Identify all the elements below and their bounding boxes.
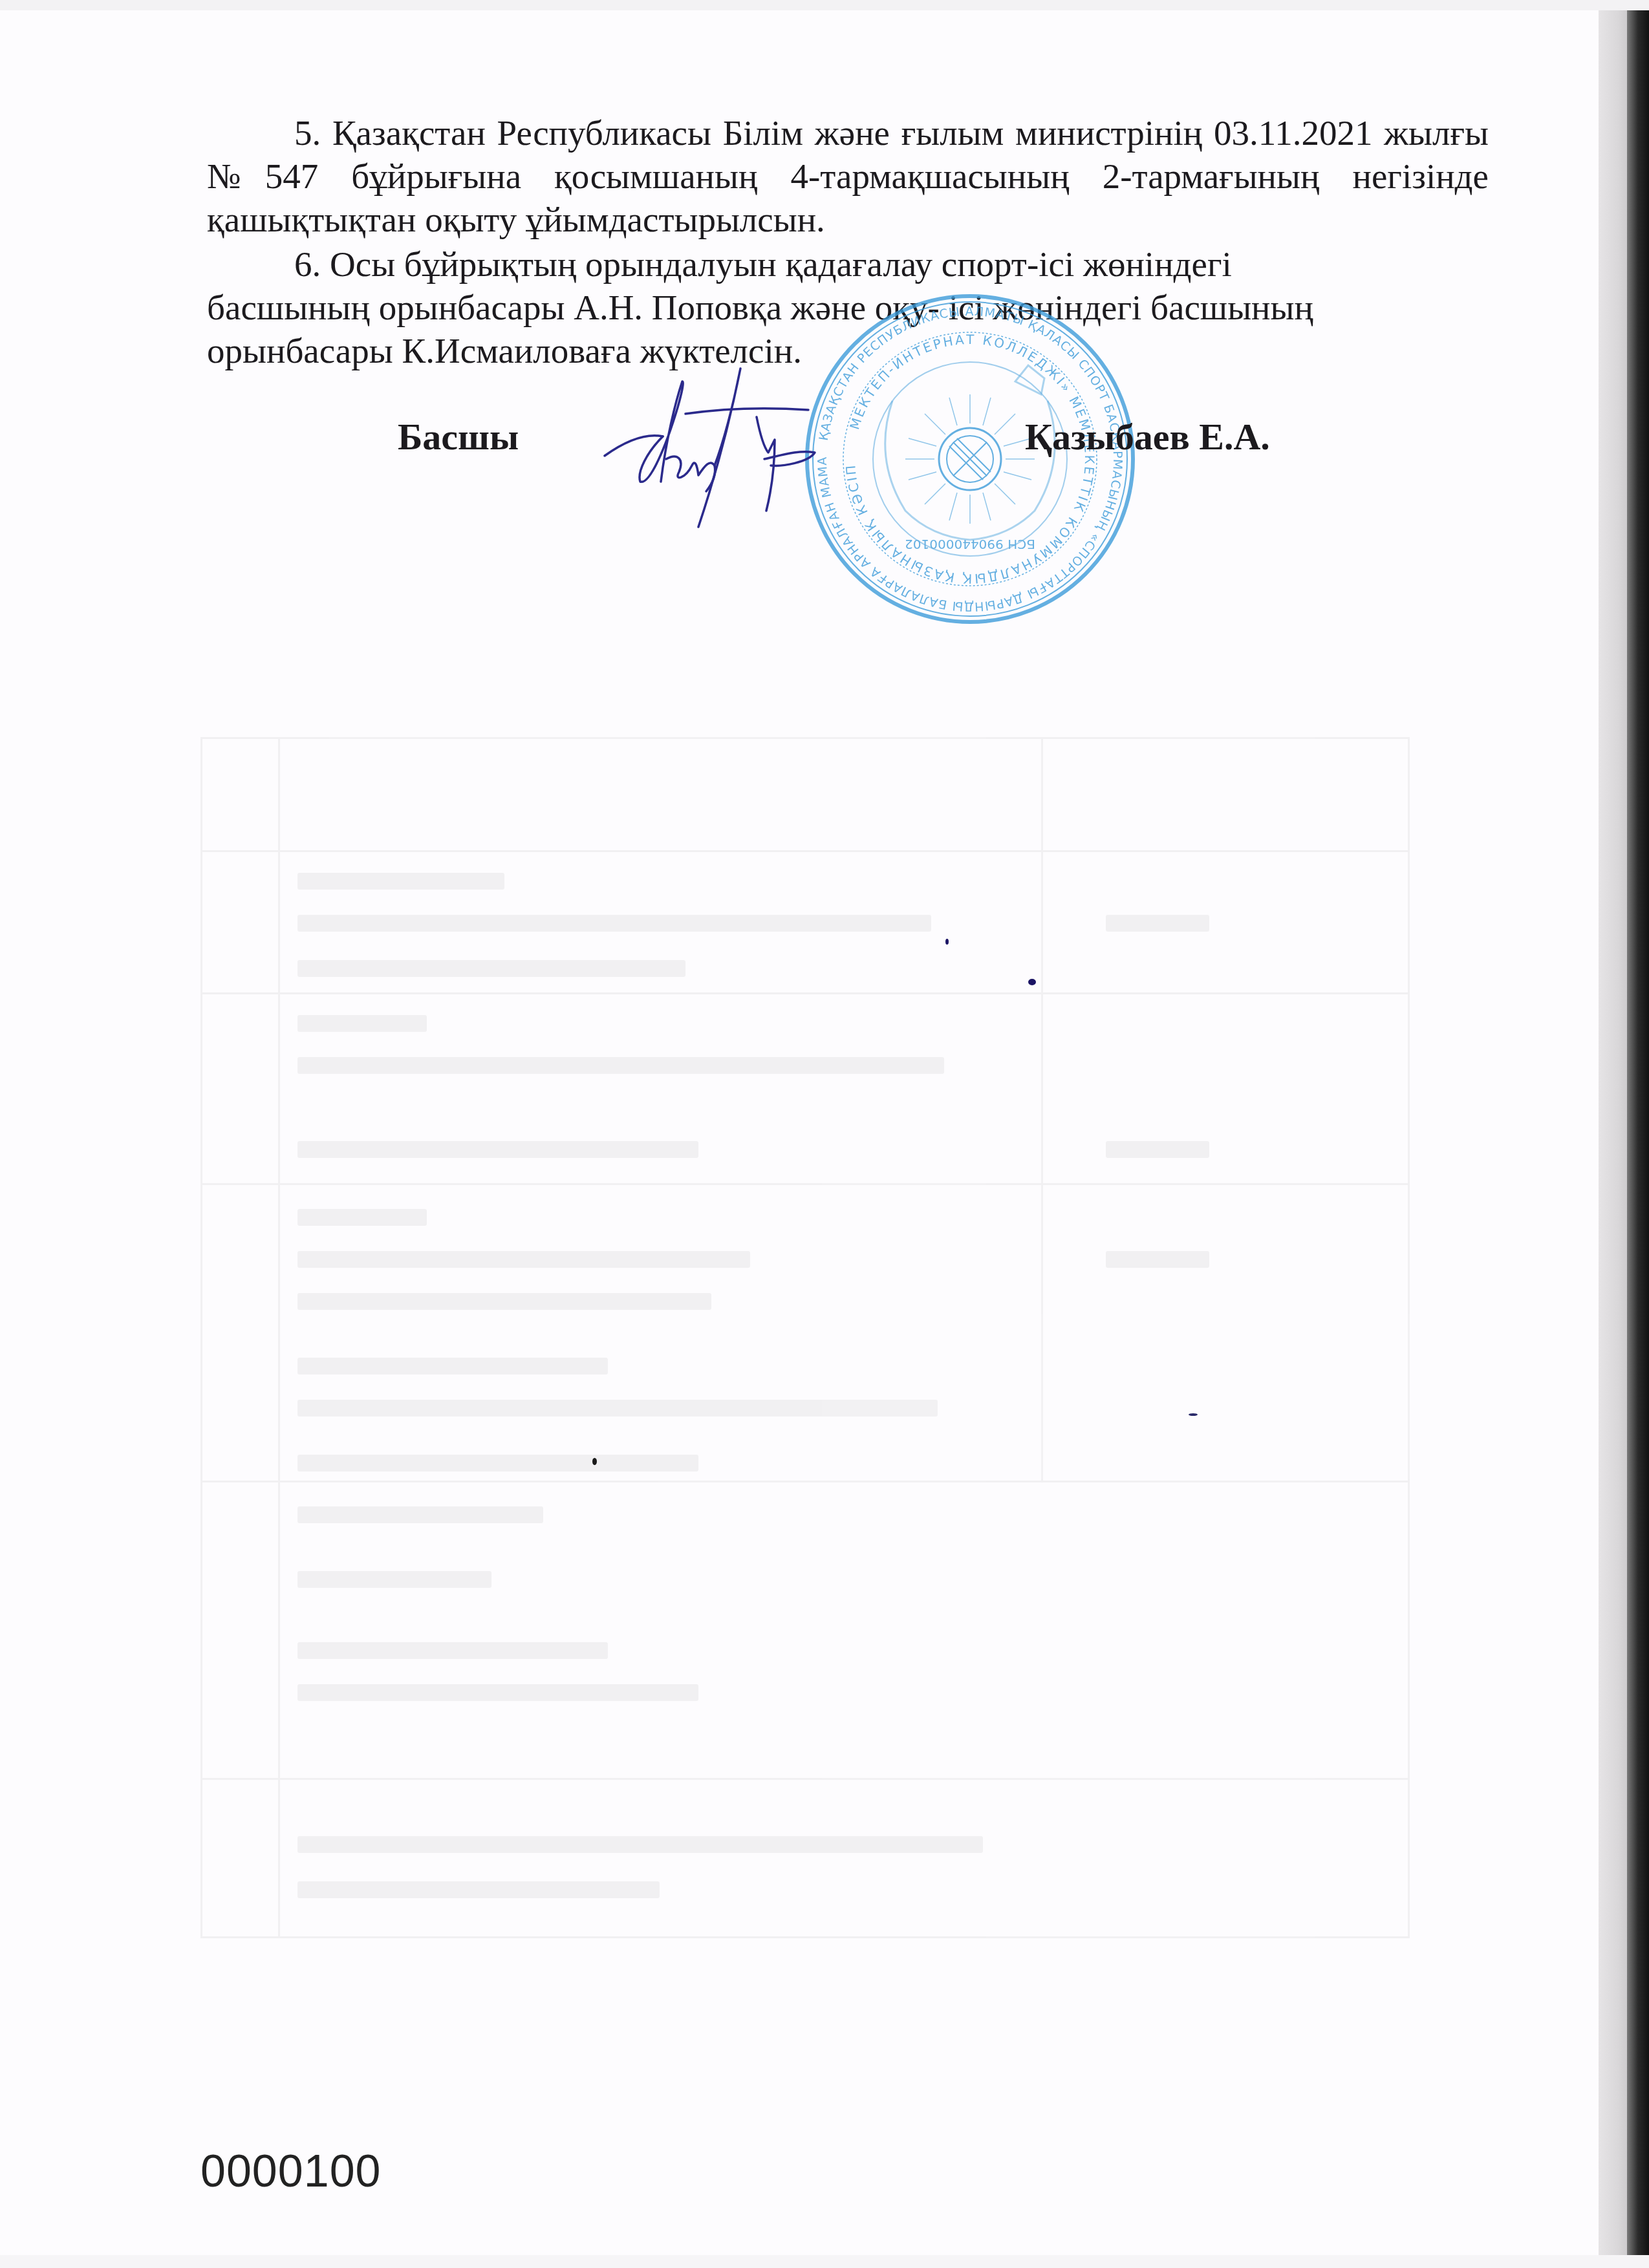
scan-border-bottom — [0, 2255, 1649, 2268]
bleed-through-table — [200, 737, 1410, 1940]
scan-edge-dark — [1627, 10, 1649, 2255]
ink-speck — [592, 1458, 597, 1465]
signatory-title: Басшы — [398, 411, 519, 463]
handwritten-signature — [601, 362, 873, 530]
paragraph-5-text: 5. Қазақстан Республикасы Білім және ғыл… — [207, 111, 1489, 241]
signatory-name: Қазыбаев Е.А. — [1025, 411, 1270, 463]
paragraph-6-line: 6. Осы бұйрықтың орындалуын қадағалау сп… — [207, 242, 1489, 286]
document-number: 0000100 — [200, 2145, 382, 2197]
paragraph-5: 5. Қазақстан Республикасы Білім және ғыл… — [207, 111, 1489, 241]
ink-speck — [1189, 1413, 1198, 1416]
scan-border-top — [0, 0, 1649, 10]
ink-speck — [1028, 979, 1036, 985]
ink-speck — [945, 939, 949, 945]
stamp-bin: БСН 990440000102 — [905, 537, 1035, 552]
scan-edge-shadow — [1599, 10, 1631, 2255]
